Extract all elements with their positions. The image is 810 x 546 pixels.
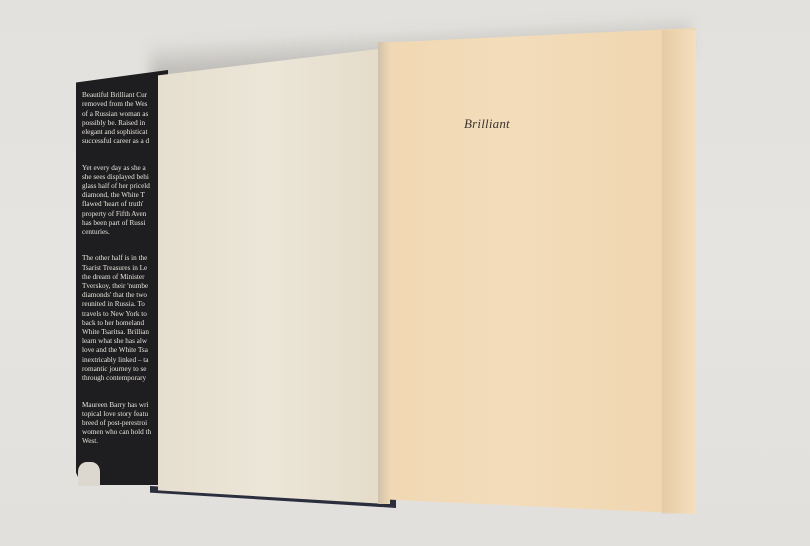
- flap-paragraph: The other half is in the Tsarist Treasur…: [82, 254, 168, 383]
- left-endpaper: [158, 48, 386, 504]
- page-edge: [662, 30, 696, 514]
- right-page: [384, 28, 696, 514]
- flap-paragraph: Maureen Barry has wri topical love story…: [82, 401, 168, 447]
- book-gutter: [378, 42, 390, 504]
- flap-paragraph: Yet every day as she a she sees displaye…: [82, 164, 168, 238]
- flap-blurb: Beautiful Brilliant Cur removed from the…: [82, 82, 168, 464]
- half-title: Brilliant: [464, 116, 510, 132]
- torn-jacket-corner: [78, 462, 100, 486]
- dust-jacket-flap: Beautiful Brilliant Cur removed from the…: [76, 70, 168, 485]
- flap-paragraph: Beautiful Brilliant Cur removed from the…: [82, 91, 168, 146]
- book-photo: Beautiful Brilliant Cur removed from the…: [0, 0, 810, 546]
